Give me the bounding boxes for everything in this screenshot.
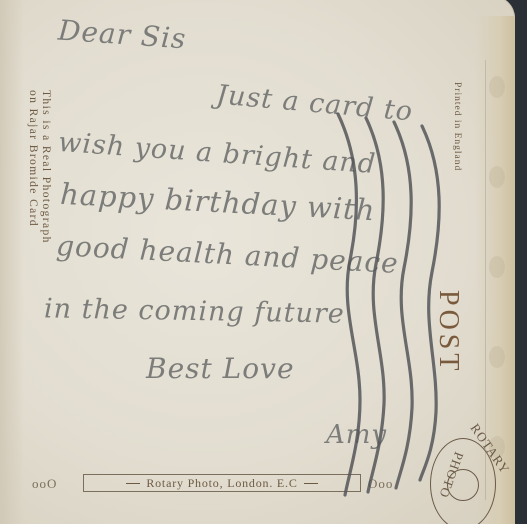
- publisher-text: Rotary Photo, London. E.C: [146, 476, 297, 491]
- notice-line-2: on Rajar Bromide Card: [27, 90, 39, 227]
- real-photograph-notice: This is a Real Photograph on Rajar Bromi…: [26, 90, 52, 244]
- message-line-5: in the coming future: [44, 293, 345, 329]
- postmark-wavy-lines-icon: [320, 100, 460, 500]
- footer-left-dots: ooO: [32, 476, 57, 492]
- dash-left: [126, 483, 140, 484]
- closing: Best Love: [146, 352, 295, 385]
- dash-right: [304, 483, 318, 484]
- notice-line-1: This is a Real Photograph: [40, 90, 52, 244]
